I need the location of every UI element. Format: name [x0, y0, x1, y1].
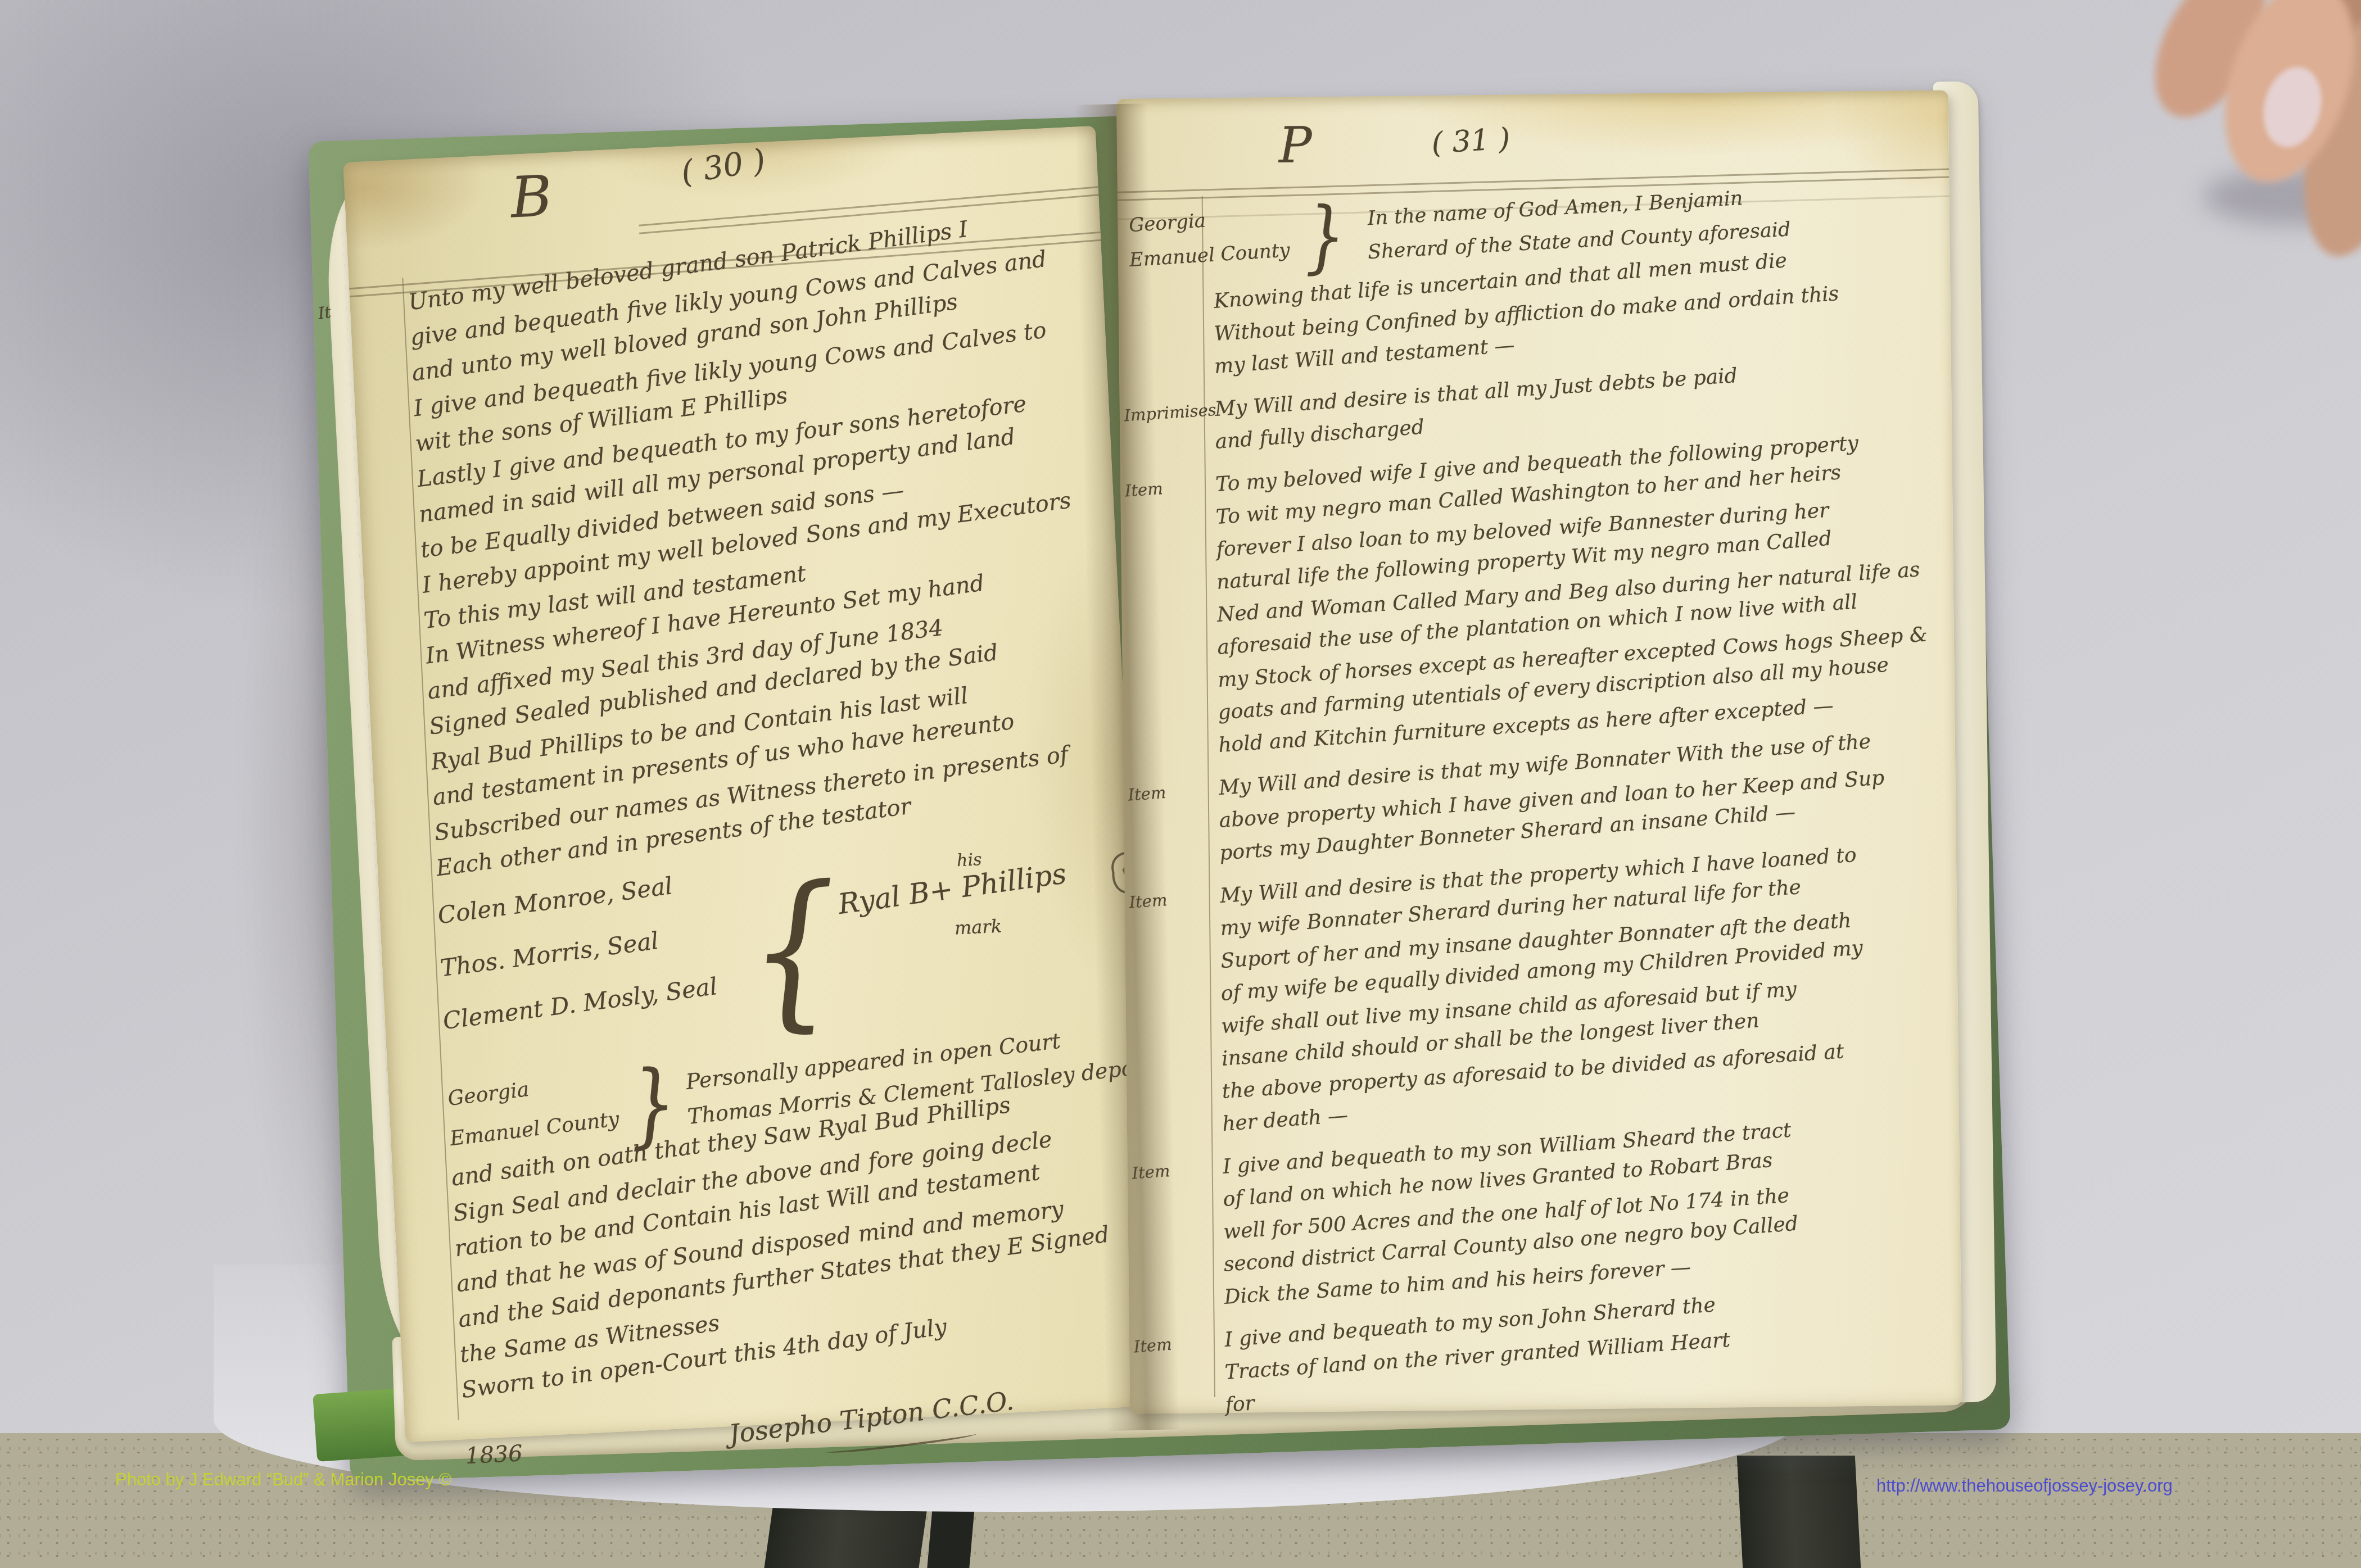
court-state: Georgia — [446, 1078, 530, 1111]
court-attestation-block: Georgia Emanuel County } Personally appe… — [447, 1048, 1155, 1501]
his-mark-above: his — [956, 850, 982, 871]
his-mark-below: mark — [954, 915, 1002, 939]
witness-brace: { — [744, 849, 843, 1050]
photo-scene: B ( 30 ) It Unto my well beloved grand s… — [0, 0, 2361, 1568]
opening-county: Emanuel County — [1129, 239, 1291, 271]
court-year: 1836 — [465, 1440, 523, 1469]
section-letter: B — [509, 168, 553, 226]
court-county: Emanuel County — [449, 1108, 621, 1151]
left-page-text: It Unto my well beloved grand son Patric… — [408, 256, 1125, 891]
section-letter: P — [1278, 120, 1312, 170]
opening-brace: } — [1305, 191, 1346, 282]
left-page: B ( 30 ) It Unto my well beloved grand s… — [343, 126, 1158, 1443]
court-body-lines: and saith on oath that they Saw Ryal Bud… — [451, 1132, 1151, 1413]
right-page: P ( 31 ) Georgia Emanuel County } In the… — [1116, 90, 1962, 1413]
right-page-text: Knowing that life is uncertain and that … — [1214, 282, 1954, 1426]
line-text: for — [1224, 1392, 1255, 1417]
watermark-url: http://www.thehouseofjossey-josey.org — [1876, 1476, 2173, 1496]
page-number: ( 31 ) — [1431, 122, 1511, 161]
page-number: ( 30 ) — [679, 142, 768, 191]
watermark-photographer: Photo by J Edward “Bud” & Marion Josey © — [115, 1470, 451, 1490]
